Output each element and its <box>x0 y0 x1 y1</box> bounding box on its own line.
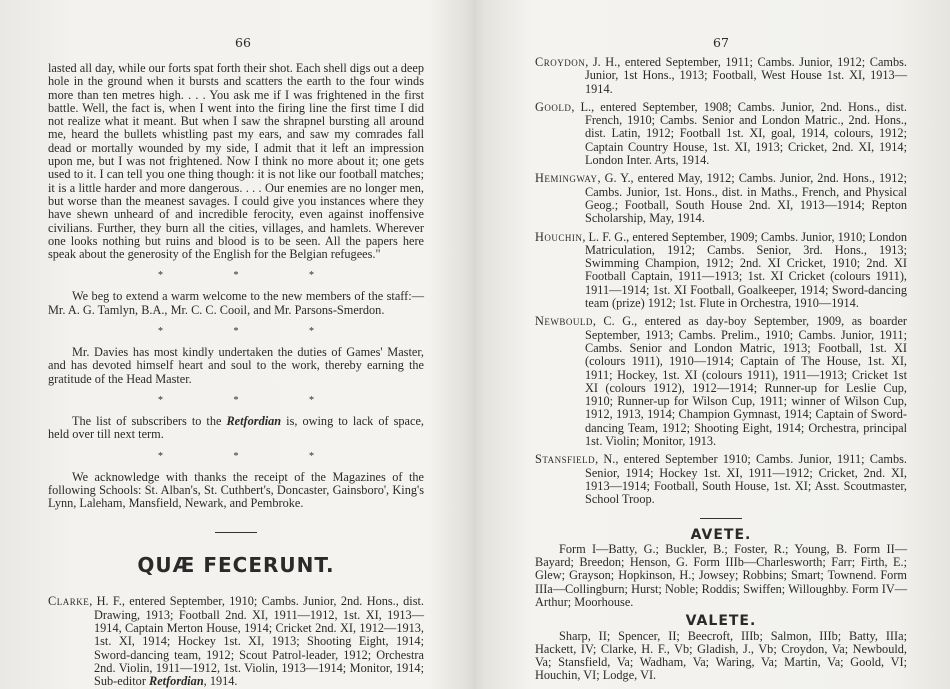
magazine-title: Retfordian <box>226 414 281 428</box>
student-entry: Goold, L., entered September, 1908; Camb… <box>535 101 907 167</box>
student-record: , L., entered September, 1908; Cambs. Ju… <box>571 100 907 167</box>
student-record: , G. Y., entered May, 1912; Cambs. Junio… <box>585 171 907 225</box>
student-entry: Stansfield, N., entered September 1910; … <box>535 453 907 506</box>
page-number-right: 67 <box>535 36 907 50</box>
games-master-note: Mr. Davies has most kindly undertaken th… <box>48 346 424 386</box>
staff-welcome-note: We beg to extend a warm welcome to the n… <box>48 290 424 317</box>
letter-continuation: lasted all day, while our forts spat for… <box>48 62 424 261</box>
divider-rule <box>700 518 742 519</box>
student-entry: Clarke, H. F., entered September, 1910; … <box>48 595 424 688</box>
section-separator: * * * <box>48 394 424 407</box>
student-entry: Newbould, C. G., entered as day-boy Sept… <box>535 315 907 448</box>
divider-rule <box>215 532 257 533</box>
right-page: 67 Croydon, J. H., entered September, 19… <box>535 0 907 689</box>
valete-list: Sharp, II; Spencer, II; Beecroft, IIIb; … <box>535 630 907 683</box>
subscribers-note: The list of subscribers to the Retfordia… <box>48 415 424 442</box>
student-name: Stansfield <box>535 452 595 466</box>
magazine-title: Retfordian <box>149 674 204 688</box>
page-number-left: 66 <box>62 36 424 50</box>
book-spread: 66 lasted all day, while our forts spat … <box>0 0 950 689</box>
student-record: , J. H., entered September, 1911; Cambs.… <box>585 55 907 96</box>
student-name: Croydon <box>535 55 585 69</box>
section-separator: * * * <box>48 269 424 282</box>
magazines-received-note: We acknowledge with thanks the receipt o… <box>48 471 424 511</box>
student-name: Hemingway <box>535 171 598 185</box>
left-page-body: lasted all day, while our forts spat for… <box>48 62 424 689</box>
student-entry: Houchin, L. F. G., entered September, 19… <box>535 231 907 311</box>
section-heading-quae-fecerunt: QUÆ FECERUNT. <box>48 559 424 583</box>
student-record-end: , 1914. <box>204 674 238 688</box>
right-page-body: Croydon, J. H., entered September, 1911;… <box>535 56 907 683</box>
student-record: , C. G., entered as day-boy September, 1… <box>585 314 907 448</box>
student-entry: Hemingway, G. Y., entered May, 1912; Cam… <box>535 172 907 225</box>
section-heading-avete: AVETE. <box>535 529 907 542</box>
student-record: , H. F., entered September, 1910; Cambs.… <box>89 594 424 688</box>
student-name: Houchin <box>535 230 582 244</box>
student-name: Newbould <box>535 314 593 328</box>
section-separator: * * * <box>48 450 424 463</box>
student-entry: Croydon, J. H., entered September, 1911;… <box>535 56 907 96</box>
subscribers-note-text: The list of subscribers to the <box>72 414 226 428</box>
student-name: Clarke <box>48 594 89 608</box>
section-heading-valete: VALETE. <box>535 615 907 628</box>
student-name: Goold <box>535 100 571 114</box>
student-record: , N., entered September 1910; Cambs. Jun… <box>585 452 907 506</box>
student-record: , L. F. G., entered September, 1909; Cam… <box>582 230 907 310</box>
avete-list: Form I—Batty, G.; Buckler, B.; Foster, R… <box>535 543 907 609</box>
left-page: 66 lasted all day, while our forts spat … <box>48 0 424 689</box>
section-separator: * * * <box>48 325 424 338</box>
